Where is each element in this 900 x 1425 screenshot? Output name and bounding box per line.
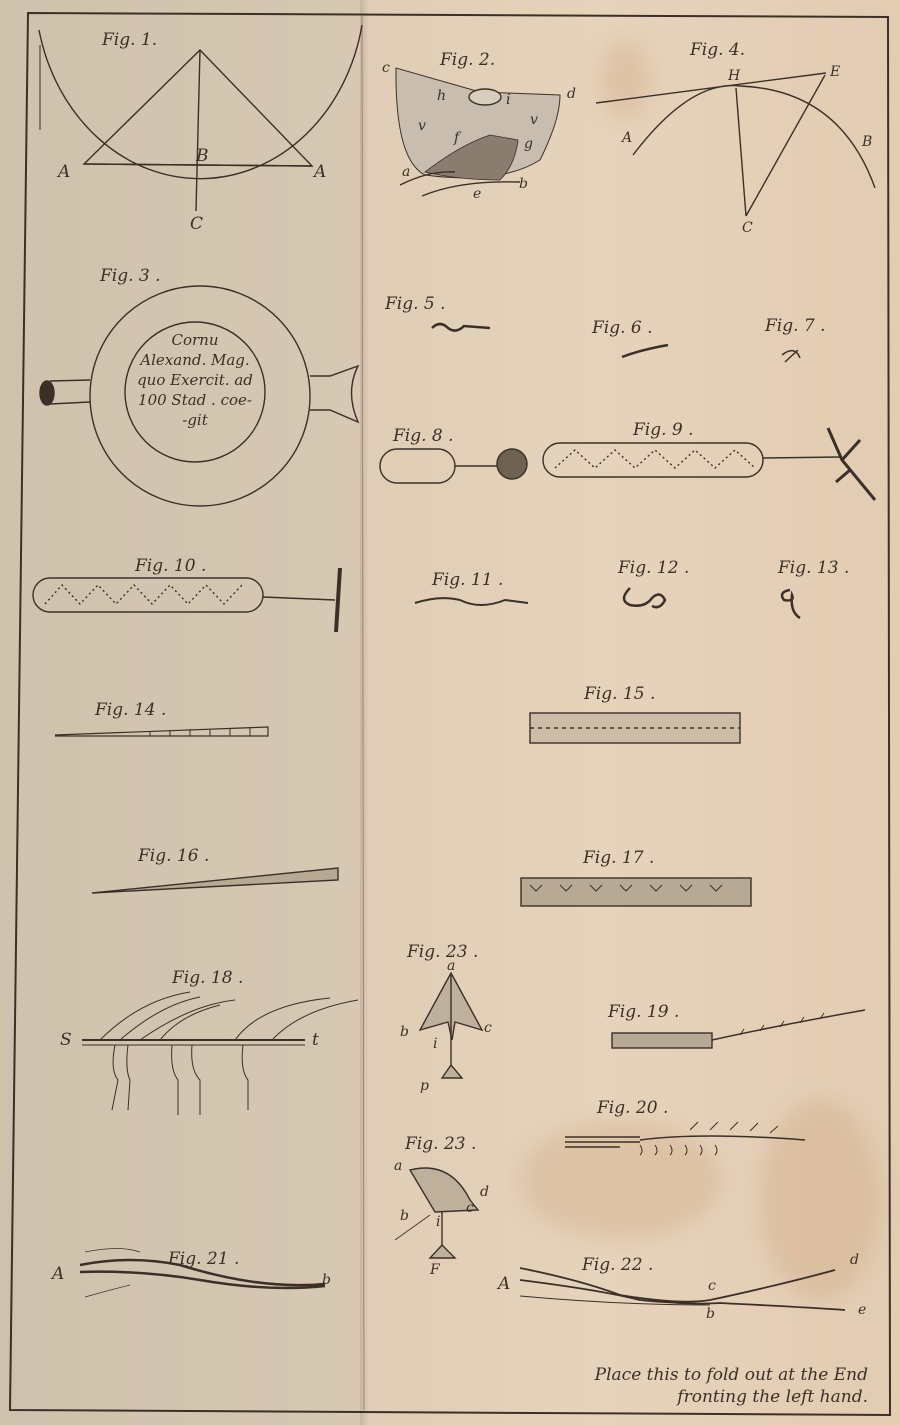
fig4-point-b: B	[862, 134, 872, 150]
fig16-label: Fig. 16 .	[138, 846, 209, 866]
fig19-label: Fig. 19 .	[608, 1002, 679, 1022]
fig1-drawing	[39, 25, 362, 211]
fig1-label: Fig. 1.	[102, 30, 157, 50]
fig23b-point-i: i	[436, 1214, 440, 1230]
fig23b-point-c: c	[466, 1200, 474, 1216]
fig7-insect	[782, 350, 800, 362]
fig22-point-b: b	[706, 1306, 715, 1322]
fig8-drawing	[380, 449, 527, 483]
fig23a-point-p: p	[420, 1078, 429, 1094]
inscription-line: Alexand. Mag.	[120, 350, 270, 370]
fig22-point-a: A	[498, 1274, 510, 1294]
inscription-line: quo Exercit. ad	[120, 370, 270, 390]
fig3-label: Fig. 3 .	[100, 266, 161, 286]
fig18-point-t: t	[312, 1030, 319, 1050]
inscription-line: Cornu	[120, 330, 270, 350]
fig23a-point-a: a	[447, 958, 455, 974]
fig18-drawing	[82, 992, 358, 1115]
fig1-point-c: C	[190, 214, 203, 234]
fig1-point-a-left: A	[58, 162, 70, 182]
fig11-worm	[415, 598, 528, 605]
fig23b-label: Fig. 23 .	[405, 1134, 476, 1154]
fig2-point-d: d	[567, 86, 576, 102]
fig22-point-e: e	[858, 1302, 866, 1318]
fig2-label: Fig. 2.	[440, 50, 495, 70]
fig6-label: Fig. 6 .	[592, 318, 653, 338]
fig2-point-e: e	[473, 186, 481, 202]
fig23a-label: Fig. 23 .	[407, 942, 478, 962]
fig20-label: Fig. 20 .	[597, 1098, 668, 1118]
fig10-drawing	[33, 568, 340, 632]
fig9-drawing	[543, 428, 875, 500]
fig23a-drawing	[420, 973, 482, 1078]
fig4-drawing	[596, 73, 875, 216]
fig12-label: Fig. 12 .	[618, 558, 689, 578]
fig22-point-d: d	[850, 1252, 859, 1268]
fig23b-point-d: d	[480, 1184, 489, 1200]
fig23b-point-f: F	[430, 1262, 440, 1278]
fig2-point-f: f	[454, 130, 459, 146]
fig11-label: Fig. 11 .	[432, 570, 503, 590]
fig2-point-b: b	[519, 176, 528, 192]
fig4-label: Fig. 4.	[690, 40, 745, 60]
fig5-label: Fig. 5 .	[385, 294, 446, 314]
fig2-point-i: i	[506, 92, 510, 108]
fig7-label: Fig. 7 .	[765, 316, 826, 336]
binding-instruction: Place this to fold out at the End fronti…	[500, 1364, 868, 1408]
fig4-point-h: H	[728, 68, 740, 84]
fig16-drawing	[92, 868, 338, 893]
fig17-label: Fig. 17 .	[583, 848, 654, 868]
fig2-point-v-left: v	[418, 118, 426, 134]
fig3-inscription: Cornu Alexand. Mag. quo Exercit. ad 100 …	[120, 330, 270, 430]
fig6-worm	[622, 345, 668, 357]
fig18-point-s: S	[60, 1030, 72, 1050]
caption-line-1: Place this to fold out at the End	[500, 1364, 868, 1386]
fig10-label: Fig. 10 .	[135, 556, 206, 576]
fig4-point-c: C	[742, 220, 753, 236]
fig21-point-b: b	[322, 1272, 331, 1288]
fig2-point-h: h	[437, 88, 446, 104]
fig13-worm	[782, 590, 800, 618]
fig12-worm	[624, 588, 665, 607]
inscription-line: 100 Stad . coe-	[120, 390, 270, 410]
fig15-label: Fig. 15 .	[584, 684, 655, 704]
fig18-label: Fig. 18 .	[172, 968, 243, 988]
caption-line-2: fronting the left hand.	[500, 1386, 868, 1408]
fig2-point-v-right: v	[530, 112, 538, 128]
fig23a-point-b: b	[400, 1024, 409, 1040]
fig14-label: Fig. 14 .	[95, 700, 166, 720]
fig2-point-g: g	[524, 136, 533, 152]
fig22-point-c: c	[708, 1278, 716, 1294]
fig2-point-c: c	[382, 60, 390, 76]
fig17-drawing	[521, 878, 751, 906]
fig1-point-a-right: A	[314, 162, 326, 182]
fig22-label: Fig. 22 .	[582, 1255, 653, 1275]
fig21-label: Fig. 21 .	[168, 1249, 239, 1269]
fig15-drawing	[530, 713, 740, 743]
fig1-point-b: B	[196, 146, 209, 166]
fig2-point-a: a	[402, 164, 410, 180]
inscription-line: -git	[120, 410, 270, 430]
fig23b-point-a: a	[394, 1158, 402, 1174]
fig21-point-a: A	[52, 1264, 64, 1284]
fig5-worm	[432, 324, 490, 331]
fig13-label: Fig. 13 .	[778, 558, 849, 578]
fig22-drawing	[520, 1268, 845, 1310]
fig9-label: Fig. 9 .	[633, 420, 694, 440]
fig23a-point-c: c	[484, 1020, 492, 1036]
fig14-drawing	[55, 727, 268, 736]
fig23b-point-b: b	[400, 1208, 409, 1224]
fig23a-point-i: i	[433, 1036, 437, 1052]
fig8-label: Fig. 8 .	[393, 426, 454, 446]
fig4-point-e: E	[830, 64, 840, 80]
fig20-drawing	[565, 1122, 805, 1155]
fig4-point-a: A	[622, 130, 632, 146]
